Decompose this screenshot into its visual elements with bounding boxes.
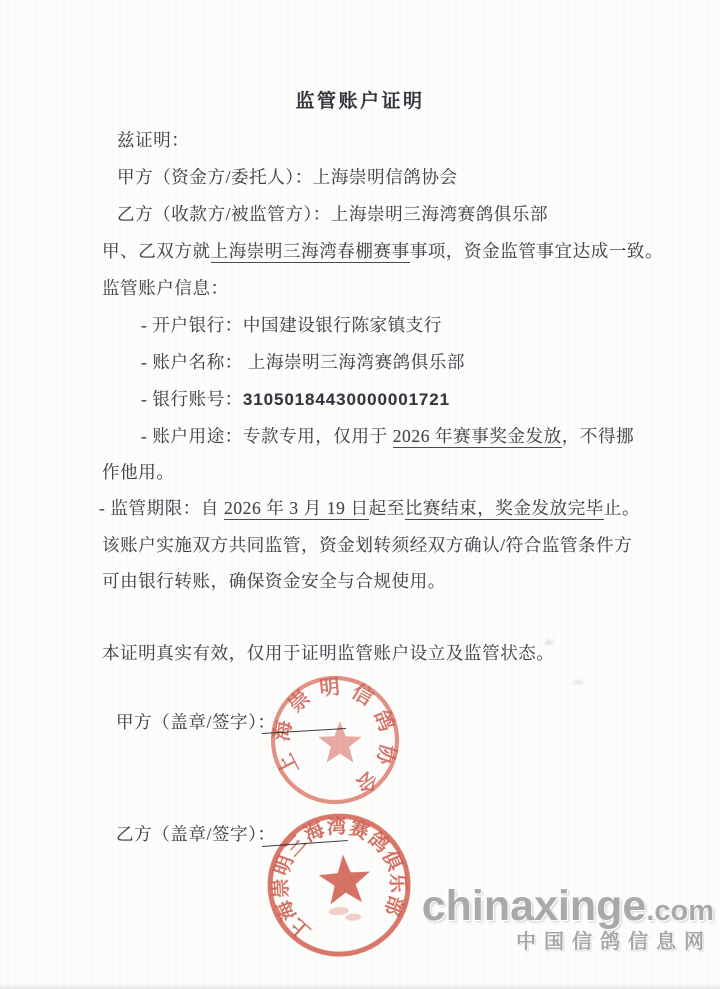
watermark-tld: .com: [646, 895, 714, 927]
watermark: chinaxinge.com 中国信鸽信息网: [422, 884, 714, 953]
line-party-a: 甲方（资金方/委托人）：上海崇明信鸽协会: [117, 165, 458, 189]
period-underlined-end: 比赛结束，奖金发放完毕: [405, 498, 604, 520]
signature-label-party-a: 甲方（盖章/签字）：: [116, 710, 276, 734]
watermark-brand: chinaxinge.com: [422, 884, 714, 929]
line-agreement: 甲、乙双方就上海崇明三海湾春棚赛事事项，资金监管事宜达成一致。: [102, 239, 663, 263]
scan-smudge: [570, 678, 586, 687]
purpose-prefix: - 账户用途：专款专用，仅用于: [141, 426, 393, 446]
account-number-label: - 银行账号：: [141, 389, 243, 409]
agreement-prefix: 甲、乙双方就: [102, 241, 211, 261]
star-icon: [317, 853, 372, 905]
document-title: 监管账户证明: [0, 90, 720, 114]
line-bank: - 开户银行：中国建设银行陈家镇支行: [141, 313, 442, 337]
line-period: - 监管期限：自 2026 年 3 月 19 日起至比赛结束，奖金发放完毕止。: [99, 496, 640, 520]
stamp-b-smudge: [345, 913, 361, 921]
agreement-suffix: 事项，资金监管事宜达成一致。: [410, 241, 663, 261]
purpose-underlined-text: 2026 年赛事奖金发放: [393, 426, 562, 448]
line-account-number: - 银行账号：31050184430000001721: [141, 387, 450, 412]
line-purpose-continued: 作他用。: [102, 460, 174, 484]
line-account-heading: 监管账户信息：: [102, 276, 229, 300]
account-number-value: 31050184430000001721: [243, 390, 450, 409]
line-party-b: 乙方（收款方/被监管方）：上海崇明三海湾赛鸽俱乐部: [117, 202, 548, 226]
agreement-underlined-text: 上海崇明三海湾春棚赛事: [211, 241, 410, 263]
line-joint-supervision-1: 该账户实施双方共同监管，资金划转须经双方确认/符合监管条件方: [102, 533, 632, 557]
period-underlined-date: 2026 年 3 月 19 日: [224, 498, 369, 520]
stamp-b-smudge: [329, 906, 350, 915]
line-validity: 本证明真实有效，仅用于证明监管账户设立及监管状态。: [102, 641, 555, 665]
line-purpose: - 账户用途：专款专用，仅用于 2026 年赛事奖金发放，不得挪: [141, 424, 634, 448]
purpose-suffix: ，不得挪: [562, 426, 634, 446]
scanned-certificate-page: 监管账户证明 兹证明： 甲方（资金方/委托人）：上海崇明信鸽协会 乙方（收款方/…: [0, 0, 720, 989]
line-joint-supervision-2: 可由银行转账，确保资金安全与合规使用。: [102, 569, 446, 593]
period-prefix: - 监管期限：自: [99, 498, 224, 518]
stamp-party-b: 上海崇明三海湾赛鸽俱乐部: [249, 793, 430, 974]
scan-edge: [0, 983, 720, 989]
star-icon: [318, 721, 362, 763]
line-certify: 兹证明：: [117, 128, 189, 152]
period-suffix: 止。: [604, 498, 640, 518]
period-mid: 起至: [369, 498, 405, 518]
line-account-name: - 账户名称： 上海崇明三海湾赛鸽俱乐部: [141, 350, 465, 374]
stamp-party-a: 上海崇明信鸽协会: [260, 665, 410, 815]
watermark-caption: 中国信鸽信息网: [422, 932, 714, 953]
